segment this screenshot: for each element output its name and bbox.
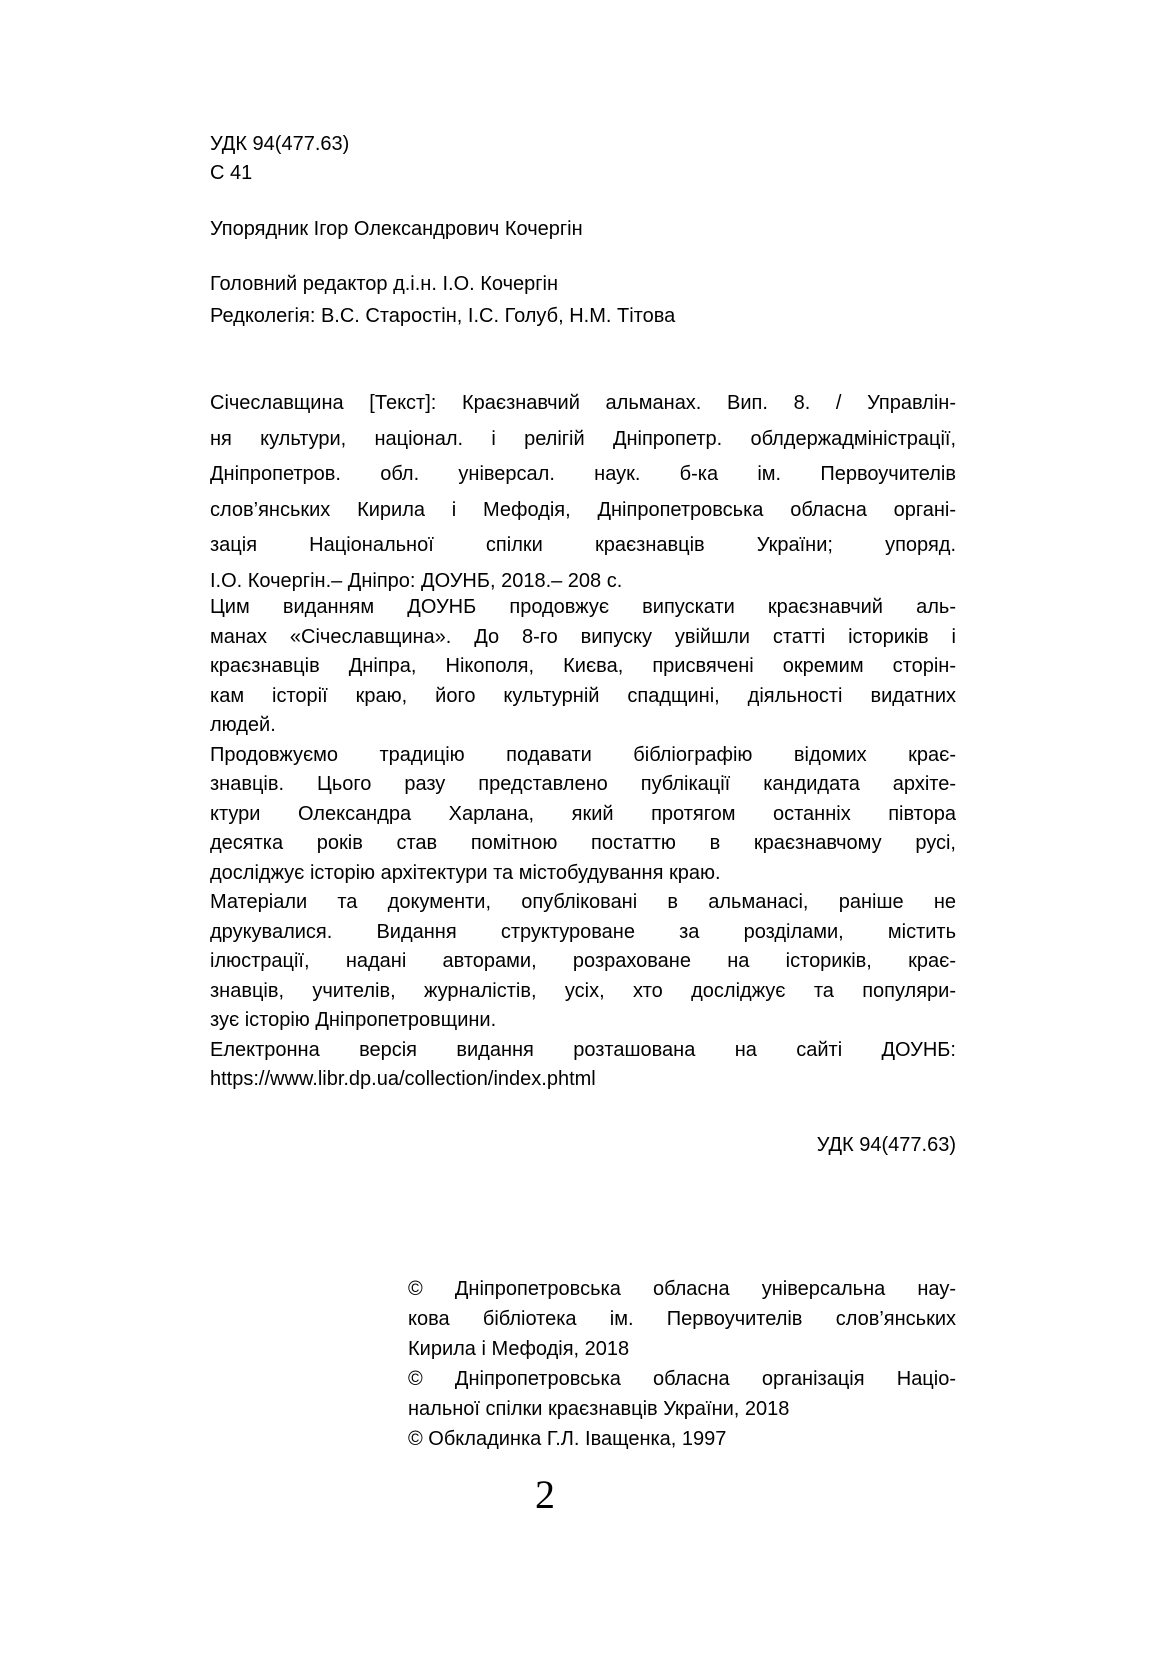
compiler-line: Упорядник Ігор Олександрович Кочергін: [210, 218, 583, 241]
text-line: манах «Січеславщина». До 8-го випуску ув…: [210, 623, 956, 653]
udc-number-right: УДК 94(477.63): [210, 1134, 956, 1157]
text-line: ілюстрації, надані авторами, розраховане…: [210, 947, 956, 977]
text-line: © Дніпропетровська обласна організація Н…: [408, 1364, 956, 1394]
text-line: кова бібліотека ім. Первоучителів слов’я…: [408, 1304, 956, 1334]
text-line: Матеріали та документи, опубліковані в а…: [210, 888, 956, 918]
text-line: знавців, учителів, журналістів, усіх, хт…: [210, 977, 956, 1007]
text-line: друкувалися. Видання структуроване за ро…: [210, 918, 956, 948]
text-line: краєзнавців Дніпра, Нікополя, Києва, при…: [210, 652, 956, 682]
copyright-entry-organization: © Дніпропетровська обласна організація Н…: [408, 1364, 956, 1424]
text-line: Електронна версія видання розташована на…: [210, 1036, 956, 1066]
text-line: зація Національної спілки краєзнавців Ук…: [210, 528, 956, 564]
text-line: зує історію Дніпропетровщини.: [210, 1006, 956, 1036]
text-line: людей.: [210, 711, 956, 741]
text-line: ктури Олександра Харлана, який протягом …: [210, 800, 956, 830]
imprint-page: УДК 94(477.63) С 41 Упорядник Ігор Олекс…: [0, 0, 1170, 1654]
text-line: Дніпропетров. обл. універсал. наук. б-ка…: [210, 457, 956, 493]
text-line: нальної спілки краєзнавців України, 2018: [408, 1394, 956, 1424]
text-line: Цим виданням ДОУНБ продовжує випускати к…: [210, 593, 956, 623]
bibliographic-description: Січеславщина [Текст]: Краєзнавчий альман…: [210, 386, 956, 599]
text-line: слов’янських Кирила і Мефодія, Дніпропет…: [210, 493, 956, 529]
text-line: Січеславщина [Текст]: Краєзнавчий альман…: [210, 386, 956, 422]
text-line: досліджує історію архітектури та містобу…: [210, 859, 956, 889]
editorial-board-line: Редколегія: В.С. Старостін, І.С. Голуб, …: [210, 300, 675, 332]
cutter-number: С 41: [210, 159, 349, 188]
copyright-block: © Дніпропетровська обласна універсальна …: [408, 1274, 956, 1454]
text-line: кам історії краю, його культурній спадщи…: [210, 682, 956, 712]
annotation-block: Цим виданням ДОУНБ продовжує випускати к…: [210, 593, 956, 1095]
text-line: © Обкладинка Г.Л. Іващенка, 1997: [408, 1424, 956, 1454]
copyright-entry-library: © Дніпропетровська обласна універсальна …: [408, 1274, 956, 1364]
text-line: ня культури, націонал. і релігій Дніпроп…: [210, 422, 956, 458]
page-number: 2: [210, 1472, 880, 1518]
annotation-paragraph-electronic-version: Електронна версія видання розташована на…: [210, 1036, 956, 1095]
call-number-block: УДК 94(477.63) С 41: [210, 130, 349, 188]
text-line: знавців. Цього разу представлено публіка…: [210, 770, 956, 800]
annotation-paragraph-bibliography: Продовжуємо традицію подавати бібліограф…: [210, 741, 956, 889]
copyright-entry-cover: © Обкладинка Г.Л. Іващенка, 1997: [408, 1424, 956, 1454]
editors-block: Головний редактор д.і.н. І.О. Кочергін Р…: [210, 268, 675, 332]
text-line: https://www.libr.dp.ua/collection/index.…: [210, 1065, 956, 1095]
chief-editor-line: Головний редактор д.і.н. І.О. Кочергін: [210, 268, 675, 300]
text-line: Продовжуємо традицію подавати бібліограф…: [210, 741, 956, 771]
annotation-paragraph-materials: Матеріали та документи, опубліковані в а…: [210, 888, 956, 1036]
text-line: десятка років став помітною постаттю в к…: [210, 829, 956, 859]
annotation-paragraph-issue: Цим виданням ДОУНБ продовжує випускати к…: [210, 593, 956, 741]
udc-number: УДК 94(477.63): [210, 130, 349, 159]
text-line: © Дніпропетровська обласна універсальна …: [408, 1274, 956, 1304]
text-line: Кирила і Мефодія, 2018: [408, 1334, 956, 1364]
